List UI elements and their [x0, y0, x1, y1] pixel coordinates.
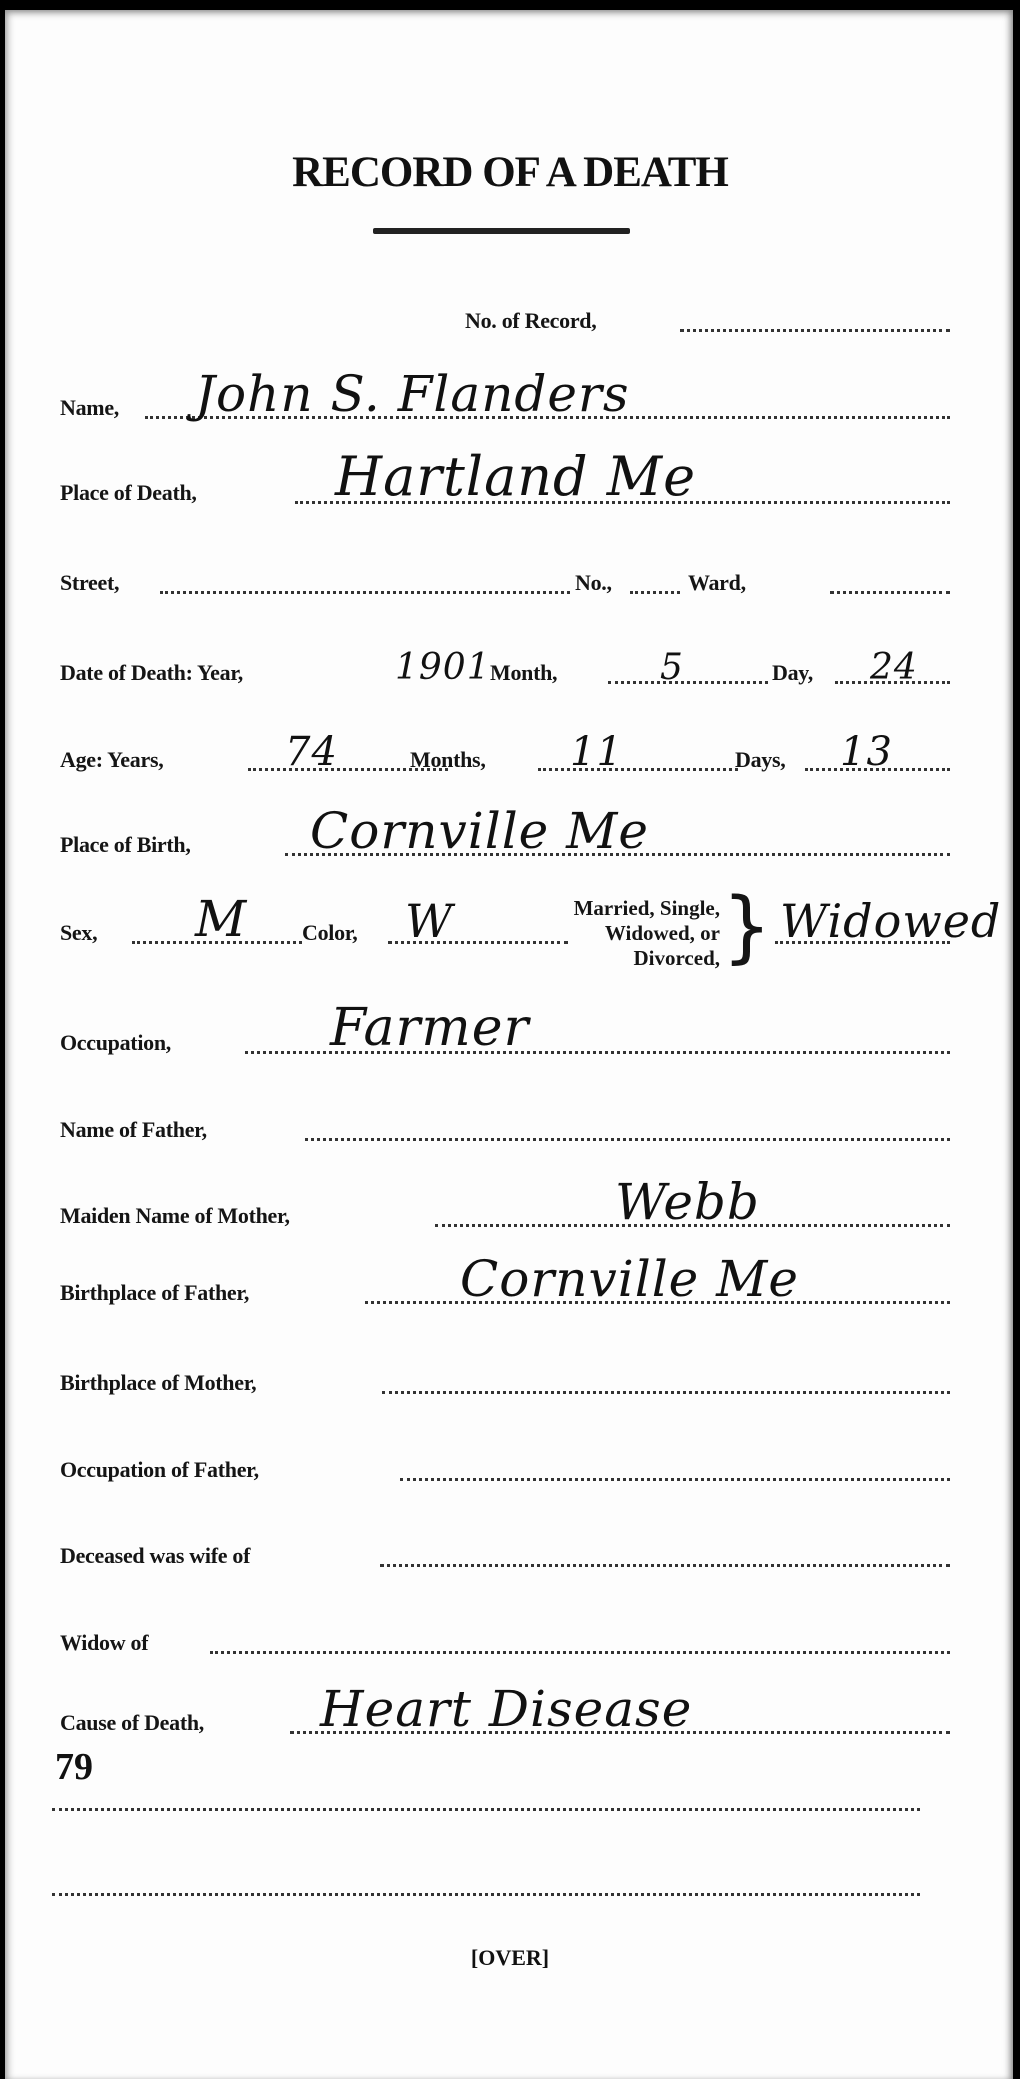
field-place-of-death: Place of Death, Hartland Me [60, 470, 950, 510]
age-days-label: Days, [735, 747, 785, 773]
color-label: Color, [302, 920, 357, 946]
field-cause-of-death: Cause of Death, Heart Disease [60, 1700, 950, 1740]
field-name: Name, John S. Flanders [60, 385, 950, 425]
field-wife-of: Deceased was wife of [60, 1533, 950, 1573]
field-place-of-birth: Place of Birth, Cornville Me [60, 822, 950, 862]
field-father-name: Name of Father, [60, 1107, 950, 1147]
death-day-value: 24 [870, 647, 918, 688]
marital-label-line1: Married, Single, [420, 896, 720, 921]
date-of-death-label: Date of Death: Year, [60, 660, 243, 686]
marital-label: Married, Single, Widowed, or Divorced, [420, 896, 720, 971]
title-underline [373, 228, 630, 234]
widow-of-line[interactable] [210, 1651, 950, 1654]
name-value: John S. Flanders [195, 365, 630, 423]
age-days-value: 13 [840, 729, 893, 775]
age-months-label: Months, [410, 747, 486, 773]
death-month-label: Month, [490, 660, 557, 686]
marital-label-line3: Divorced, [420, 946, 720, 971]
mother-maiden-label: Maiden Name of Mother, [60, 1203, 290, 1229]
place-of-death-label: Place of Death, [60, 480, 197, 506]
place-of-birth-value: Cornville Me [310, 802, 649, 860]
place-of-birth-label: Place of Birth, [60, 832, 191, 858]
street-label: Street, [60, 570, 119, 596]
father-birthplace-label: Birthplace of Father, [60, 1280, 249, 1306]
street-no-line[interactable] [630, 591, 680, 594]
sex-value: M [195, 890, 247, 948]
death-month-value: 5 [660, 647, 684, 688]
record-no-label: No. of Record, [465, 308, 596, 334]
field-age: Age: Years, 74 Months, 11 Days, 13 [60, 737, 950, 777]
occupation-value: Farmer [330, 998, 529, 1058]
ward-label: Ward, [688, 570, 746, 596]
father-occupation-line[interactable] [400, 1478, 950, 1481]
field-record-no: No. of Record, [60, 298, 950, 338]
age-years-value: 74 [285, 729, 338, 775]
field-date-of-death: Date of Death: Year, 1901 Month, 5 Day, … [60, 650, 950, 690]
mother-birthplace-label: Birthplace of Mother, [60, 1370, 256, 1396]
field-street: Street, No., Ward, [60, 560, 950, 600]
margin-number: 79 [55, 1745, 93, 1789]
mother-maiden-value: Webb [615, 1173, 760, 1231]
wife-of-line[interactable] [380, 1564, 950, 1567]
age-months-line[interactable] [538, 768, 738, 771]
marital-value: Widowed [780, 894, 1001, 948]
record-no-line[interactable] [680, 329, 950, 332]
ward-line[interactable] [830, 591, 950, 594]
mother-birthplace-line[interactable] [382, 1391, 950, 1394]
document-title: RECORD OF A DEATH [0, 148, 1020, 197]
wife-of-label: Deceased was wife of [60, 1543, 250, 1569]
occupation-label: Occupation, [60, 1030, 171, 1056]
father-name-label: Name of Father, [60, 1117, 207, 1143]
field-mother-maiden: Maiden Name of Mother, Webb [60, 1193, 950, 1233]
extra-line-1[interactable] [52, 1808, 920, 1811]
death-month-line[interactable] [608, 681, 768, 684]
field-occupation: Occupation, Farmer [60, 1020, 950, 1060]
sex-label: Sex, [60, 920, 97, 946]
widow-of-label: Widow of [60, 1630, 148, 1656]
age-label: Age: Years, [60, 747, 163, 773]
father-occupation-label: Occupation of Father, [60, 1457, 259, 1483]
father-name-line[interactable] [305, 1138, 950, 1141]
age-months-value: 11 [570, 729, 623, 775]
name-label: Name, [60, 395, 119, 421]
marital-label-line2: Widowed, or [420, 921, 720, 946]
cause-of-death-value: Heart Disease [320, 1680, 692, 1738]
over-footer: [OVER] [0, 1945, 1020, 1971]
field-father-birthplace: Birthplace of Father, Cornville Me [60, 1270, 950, 1310]
cause-of-death-label: Cause of Death, [60, 1710, 204, 1736]
extra-line-2[interactable] [52, 1893, 920, 1896]
field-widow-of: Widow of [60, 1620, 950, 1660]
street-no-label: No., [575, 570, 612, 596]
death-day-label: Day, [772, 660, 813, 686]
brace-glyph: } [722, 888, 772, 966]
field-father-occupation: Occupation of Father, [60, 1447, 950, 1487]
street-line[interactable] [160, 591, 570, 594]
place-of-death-value: Hartland Me [335, 445, 696, 508]
death-year-value: 1901 [395, 647, 491, 688]
field-mother-birthplace: Birthplace of Mother, [60, 1360, 950, 1400]
father-birthplace-value: Cornville Me [460, 1250, 799, 1308]
